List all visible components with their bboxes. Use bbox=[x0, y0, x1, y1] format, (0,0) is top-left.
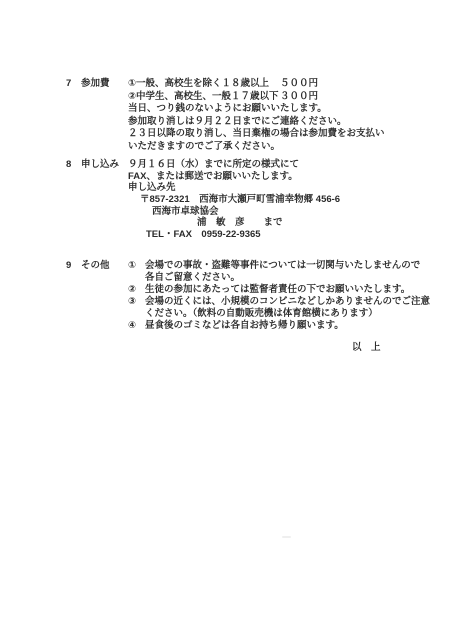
item-text-line: 会場の近くには、小規模のコンビニなどしかありませんのでご注意 bbox=[145, 296, 430, 308]
section-number: 8 bbox=[66, 159, 71, 172]
closing-mark: 以 上 bbox=[352, 342, 381, 354]
section-number: 7 bbox=[66, 78, 71, 91]
item-text-line: 各自ご留意ください。 bbox=[145, 272, 420, 284]
fee-category: ①一般、高校生を除く１８歳以上 bbox=[128, 78, 269, 89]
fee-note: いただきますのでご了承ください。 bbox=[128, 141, 438, 154]
fee-line: ②中学生、高校生、一般１７歳以下 ３００円 bbox=[128, 91, 438, 104]
fee-amount: ５００円 bbox=[280, 78, 318, 91]
fee-note: 参加取り消しは９月２２日までにご連絡ください。 bbox=[128, 116, 438, 129]
fee-amount: ３００円 bbox=[280, 91, 318, 104]
item-text: 会場での事故・盗難等事件については一切関与いたしませんので 各自ご留意ください。 bbox=[145, 260, 420, 284]
postal-address: 〒857-2321 西海市大瀬戸町雪浦幸物郷 456-6 bbox=[128, 194, 438, 206]
item-text: 生徒の参加にあたっては監督者責任の下でお願いいたします。 bbox=[145, 284, 410, 296]
other-note-item: ② 生徒の参加にあたっては監督者責任の下でお願いいたします。 bbox=[128, 284, 438, 296]
item-text-line: 昼食後のゴミなどは各自お持ち帰り願います。 bbox=[145, 320, 344, 332]
section-label: 参加費 bbox=[81, 78, 110, 91]
tel-fax-number: TEL・FAX 0959-22-9365 bbox=[128, 229, 438, 241]
application-deadline: ９月１６日（水）までに所定の様式にて bbox=[128, 159, 438, 171]
item-marker: ② bbox=[128, 284, 145, 296]
application-method: FAX、または郵送でお願いいたします。 bbox=[128, 171, 438, 183]
section-number: 9 bbox=[66, 260, 71, 273]
other-note-item: ① 会場での事故・盗難等事件については一切関与いたしませんので 各自ご留意くださ… bbox=[128, 260, 438, 284]
fee-category: ②中学生、高校生、一般１７歳以下 bbox=[128, 91, 279, 102]
item-text-line: 会場での事故・盗難等事件については一切関与いたしませんので bbox=[145, 260, 420, 272]
item-marker: ① bbox=[128, 260, 145, 284]
organization-name: 西海市卓球協会 bbox=[128, 206, 438, 218]
item-text-line: 生徒の参加にあたっては監督者責任の下でお願いいたします。 bbox=[145, 284, 410, 296]
scan-artifact bbox=[282, 536, 291, 538]
section-content: ① 会場での事故・盗難等事件については一切関与いたしませんので 各自ご留意くださ… bbox=[128, 260, 438, 332]
section-label: その他 bbox=[81, 260, 110, 273]
recipient-name: 浦 敏 彦 まで bbox=[128, 217, 438, 229]
item-text: 会場の近くには、小規模のコンビニなどしかありませんのでご注意 ください。（飲料の… bbox=[145, 296, 430, 320]
item-marker: ③ bbox=[128, 296, 145, 320]
item-marker: ④ bbox=[128, 320, 145, 332]
other-note-item: ③ 会場の近くには、小規模のコンビニなどしかありませんのでご注意 ください。（飲… bbox=[128, 296, 438, 320]
fee-line: ①一般、高校生を除く１８歳以上 ５００円 bbox=[128, 78, 438, 91]
other-note-item: ④ 昼食後のゴミなどは各自お持ち帰り願います。 bbox=[128, 320, 438, 332]
section-content: ①一般、高校生を除く１８歳以上 ５００円 ②中学生、高校生、一般１７歳以下 ３０… bbox=[128, 78, 438, 154]
section-content: ９月１６日（水）までに所定の様式にて FAX、または郵送でお願いいたします。 申… bbox=[128, 159, 438, 241]
application-destination-heading: 申し込み先 bbox=[128, 182, 438, 194]
fee-note: 当日、つり銭のないようにお願いいたします。 bbox=[128, 103, 438, 116]
item-text-line: ください。（飲料の自動販売機は体育館横にあります） bbox=[145, 308, 430, 320]
section-label: 申し込み bbox=[81, 159, 119, 172]
item-text: 昼食後のゴミなどは各自お持ち帰り願います。 bbox=[145, 320, 344, 332]
fee-note: ２３日以降の取り消し、当日棄権の場合は参加費をお支払い bbox=[128, 128, 438, 141]
scanned-document-page: 7 参加費 ①一般、高校生を除く１８歳以上 ５００円 ②中学生、高校生、一般１７… bbox=[0, 0, 452, 640]
